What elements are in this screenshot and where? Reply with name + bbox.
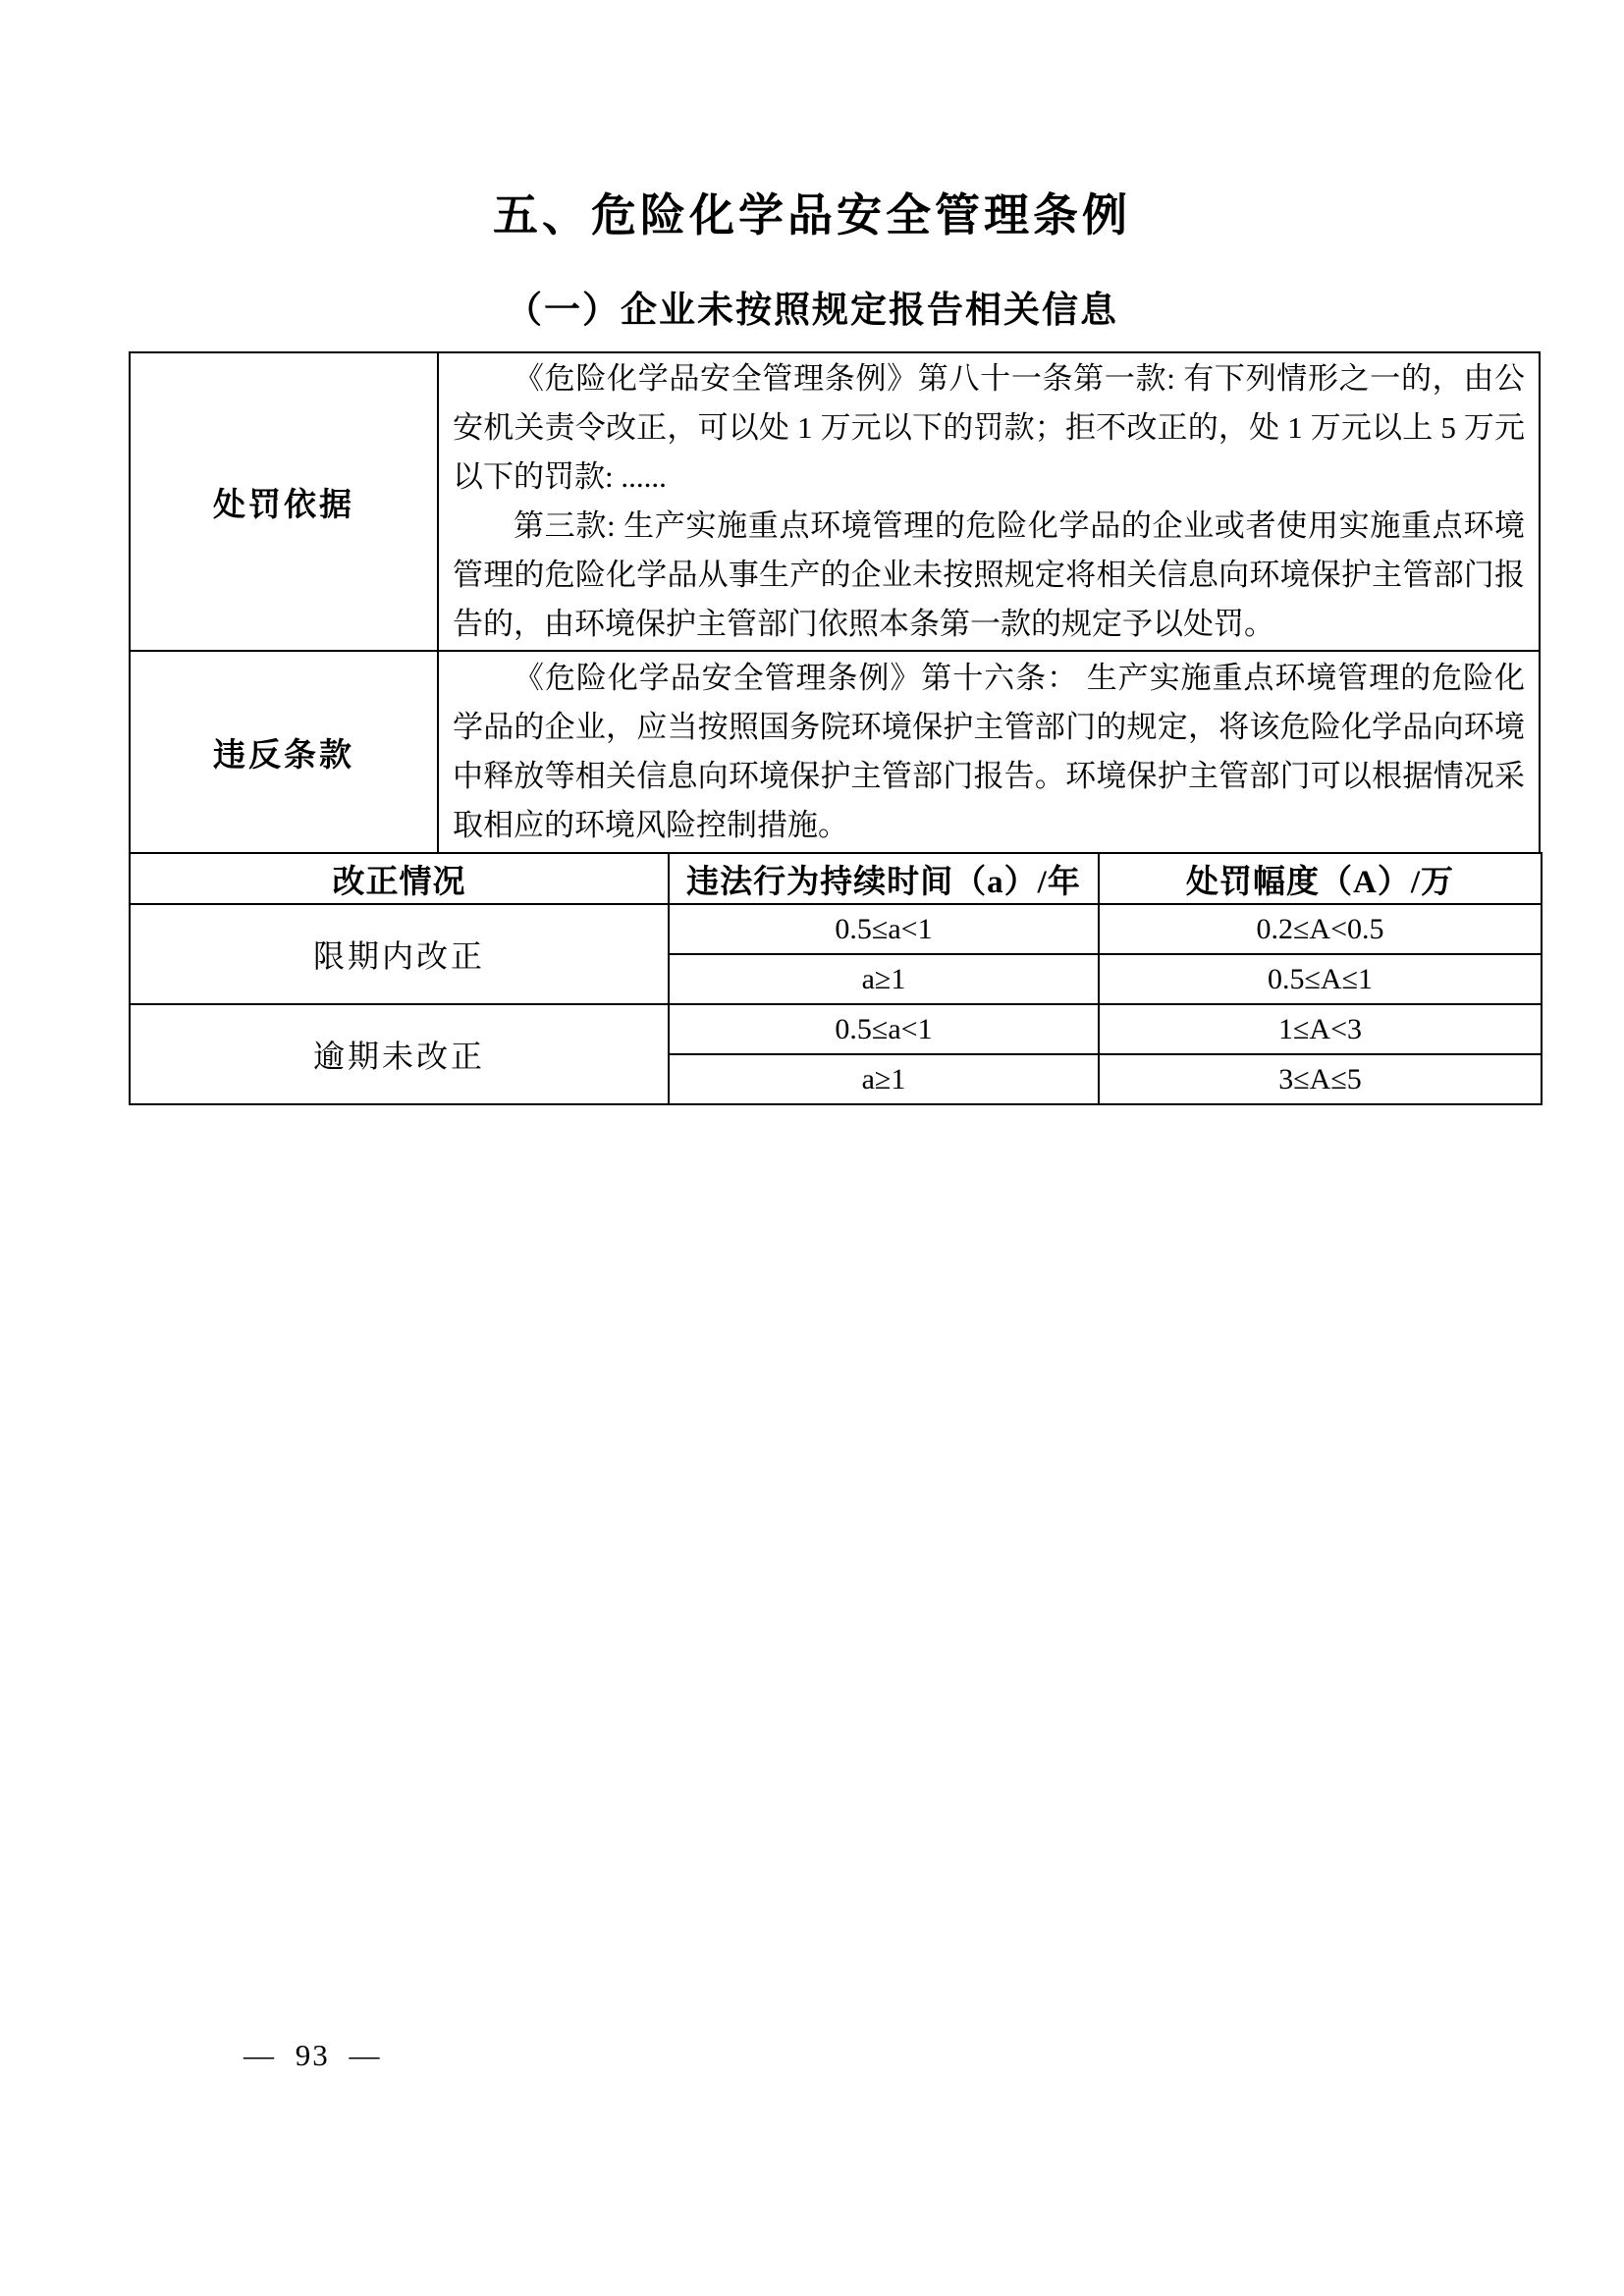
- table-row-penalty-basis: 处罚依据 《危险化学品安全管理条例》第八十一条第一款: 有下列情形之一的，由公安…: [130, 352, 1540, 651]
- penalty-cell: 0.5≤A≤1: [1099, 954, 1542, 1004]
- penalty-matrix-table: 改正情况 违法行为持续时间（a）/年 处罚幅度（A）/万 限期内改正 0.5≤a…: [129, 852, 1543, 1105]
- table-row: 限期内改正 0.5≤a<1 0.2≤A<0.5: [130, 904, 1542, 954]
- section-subtitle: （一）企业未按照规定报告相关信息: [0, 290, 1624, 333]
- page-title: 五、危险化学品安全管理条例: [0, 0, 1624, 242]
- header-correction-status: 改正情况: [130, 853, 669, 904]
- document-page: 五、危险化学品安全管理条例 （一）企业未按照规定报告相关信息 处罚依据 《危险化…: [0, 0, 1624, 334]
- duration-cell: 0.5≤a<1: [669, 1004, 1099, 1054]
- matrix-header-row: 改正情况 违法行为持续时间（a）/年 处罚幅度（A）/万: [130, 853, 1542, 904]
- penalty-basis-content: 《危险化学品安全管理条例》第八十一条第一款: 有下列情形之一的，由公安机关责令改…: [438, 352, 1540, 651]
- page-number: — 93 —: [244, 2038, 382, 2073]
- penalty-basis-paragraph-2: 第三款: 生产实施重点环境管理的危险化学品的企业或者使用实施重点环境管理的危险化…: [453, 502, 1525, 649]
- penalty-cell: 3≤A≤5: [1099, 1054, 1542, 1104]
- penalty-basis-paragraph-1: 《危险化学品安全管理条例》第八十一条第一款: 有下列情形之一的，由公安机关责令改…: [453, 354, 1525, 502]
- violated-clause-paragraph-1: 《危险化学品安全管理条例》第十六条： 生产实施重点环境管理的危险化学品的企业，应…: [453, 654, 1525, 850]
- row-label-penalty-basis: 处罚依据: [130, 352, 438, 651]
- regulation-table: 处罚依据 《危险化学品安全管理条例》第八十一条第一款: 有下列情形之一的，由公安…: [129, 351, 1541, 1105]
- penalty-cell: 0.2≤A<0.5: [1099, 904, 1542, 954]
- duration-cell: 0.5≤a<1: [669, 904, 1099, 954]
- duration-cell: a≥1: [669, 954, 1099, 1004]
- violated-clause-content: 《危险化学品安全管理条例》第十六条： 生产实施重点环境管理的危险化学品的企业，应…: [438, 651, 1540, 853]
- header-penalty-range: 处罚幅度（A）/万: [1099, 853, 1542, 904]
- table-row: 逾期未改正 0.5≤a<1 1≤A<3: [130, 1004, 1542, 1054]
- penalty-cell: 1≤A<3: [1099, 1004, 1542, 1054]
- penalty-info-table: 处罚依据 《危险化学品安全管理条例》第八十一条第一款: 有下列情形之一的，由公安…: [129, 351, 1541, 854]
- table-row-violated-clause: 违反条款 《危险化学品安全管理条例》第十六条： 生产实施重点环境管理的危险化学品…: [130, 651, 1540, 853]
- row-label-violated-clause: 违反条款: [130, 651, 438, 853]
- group-label-not-corrected-overdue: 逾期未改正: [130, 1004, 669, 1104]
- group-label-corrected-within-deadline: 限期内改正: [130, 904, 669, 1004]
- duration-cell: a≥1: [669, 1054, 1099, 1104]
- header-violation-duration: 违法行为持续时间（a）/年: [669, 853, 1099, 904]
